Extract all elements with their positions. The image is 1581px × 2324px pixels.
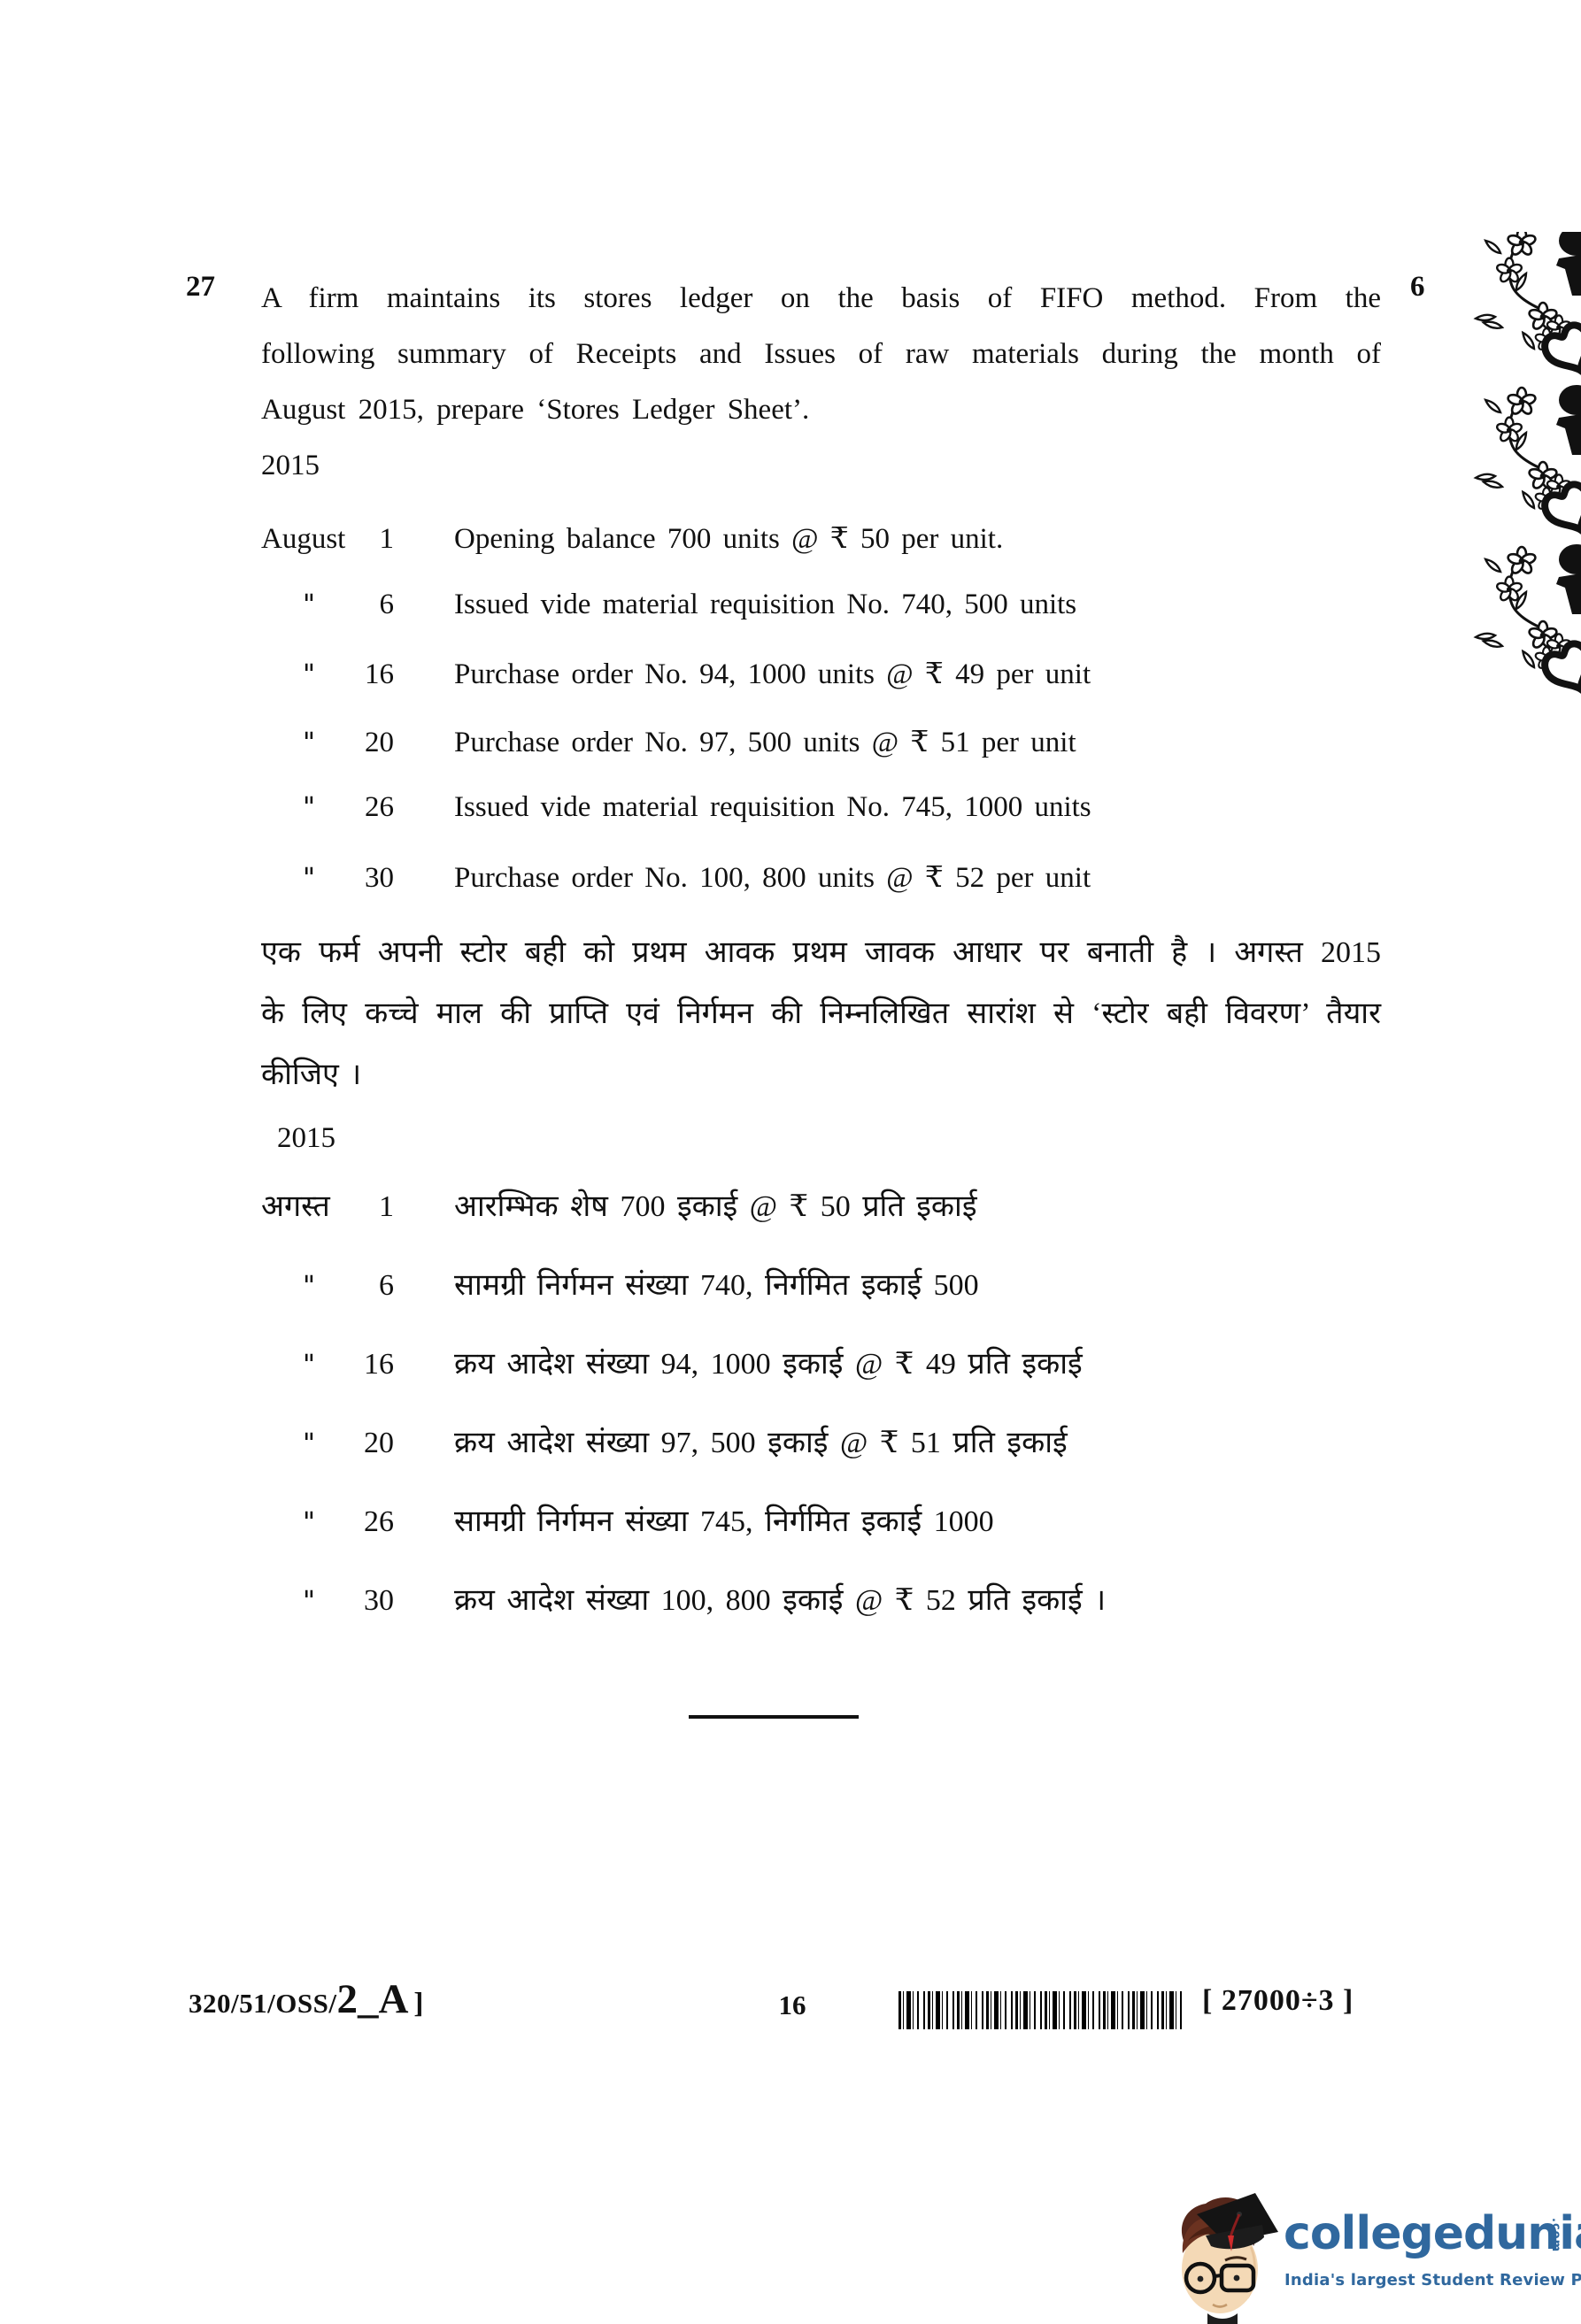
- entry-day: 26: [357, 1505, 394, 1539]
- question-line: के लिए कच्चे माल की प्राप्ति एवं निर्गमन…: [261, 983, 1381, 1044]
- entry-row: " 6 सामग्री निर्गमन संख्या 740, निर्गमित…: [261, 1263, 1403, 1342]
- entry-row: " 30 Purchase order No. 100, 800 units @…: [261, 859, 1403, 927]
- entry-description: Purchase order No. 94, 1000 units @ ₹ 49…: [394, 656, 1403, 691]
- entry-row: " 6 Issued vide material requisition No.…: [261, 589, 1403, 657]
- question-text-hindi: एक फर्म अपनी स्टोर बही को प्रथम आवक प्रथ…: [261, 922, 1381, 1105]
- entry-day: 20: [357, 1427, 394, 1460]
- entry-description: Purchase order No. 97, 500 units @ ₹ 51 …: [394, 724, 1403, 759]
- entry-description: क्रय आदेश संख्या 94, 1000 इकाई @ ₹ 49 प्…: [394, 1342, 1403, 1382]
- entry-ditto-mark: ": [261, 1271, 357, 1302]
- year-heading-hindi: 2015: [277, 1122, 335, 1155]
- question-line: A firm maintains its stores ledger on th…: [261, 271, 1381, 327]
- brand-name: collegedunia: [1284, 2211, 1581, 2257]
- entry-row: " 20 क्रय आदेश संख्या 97, 500 इकाई @ ₹ 5…: [261, 1420, 1403, 1499]
- question-number: 27: [186, 271, 215, 304]
- entry-day: 30: [357, 862, 394, 895]
- entry-row: August 1 Opening balance 700 units @ ₹ 5…: [261, 520, 1403, 589]
- entries-list-english: August 1 Opening balance 700 units @ ₹ 5…: [261, 520, 1403, 927]
- entry-description: Issued vide material requisition No. 745…: [394, 791, 1403, 824]
- paper-code-bracket: ]: [413, 1988, 423, 2020]
- entry-row: " 16 क्रय आदेश संख्या 94, 1000 इकाई @ ₹ …: [261, 1342, 1403, 1420]
- entry-month: अगस्त: [261, 1184, 357, 1225]
- question-line: एक फर्म अपनी स्टोर बही को प्रथम आवक प्रथ…: [261, 922, 1381, 983]
- entry-description: सामग्री निर्गमन संख्या 740, निर्गमित इका…: [394, 1263, 1403, 1304]
- entry-row: " 26 Issued vide material requisition No…: [261, 791, 1403, 859]
- entry-row: अगस्त 1 आरम्भिक शेष 700 इकाई @ ₹ 50 प्रत…: [261, 1184, 1403, 1263]
- collegedunia-logo: collegedunia .com India's largest Studen…: [1170, 2175, 1581, 2324]
- print-run-info: [ 27000÷3 ]: [1202, 1984, 1353, 2018]
- question-line: August 2015, prepare ‘Stores Ledger Shee…: [261, 382, 1381, 438]
- entry-row: " 26 सामग्री निर्गमन संख्या 745, निर्गमि…: [261, 1499, 1403, 1578]
- entry-day: 26: [357, 791, 394, 824]
- entry-row: " 20 Purchase order No. 97, 500 units @ …: [261, 724, 1403, 792]
- question-line: following summary of Receipts and Issues…: [261, 327, 1381, 382]
- entry-description: Purchase order No. 100, 800 units @ ₹ 52…: [394, 859, 1403, 895]
- floral-border-ornament: [1465, 232, 1581, 710]
- entry-description: Opening balance 700 units @ ₹ 50 per uni…: [394, 520, 1403, 556]
- entry-ditto-mark: ": [261, 1507, 357, 1538]
- entry-day: 30: [357, 1584, 394, 1618]
- entry-ditto-mark: ": [261, 659, 357, 690]
- entry-ditto-mark: ": [261, 792, 357, 823]
- year-heading-english: 2015: [261, 450, 320, 482]
- entry-day: 6: [357, 589, 394, 621]
- entry-ditto-mark: ": [261, 1586, 357, 1617]
- entry-month: August: [261, 523, 357, 556]
- page-number: 16: [761, 1989, 823, 2021]
- entry-ditto-mark: ": [261, 589, 357, 620]
- entry-ditto-mark: ": [261, 1428, 357, 1459]
- entry-row: " 16 Purchase order No. 94, 1000 units @…: [261, 656, 1403, 724]
- entry-ditto-mark: ": [261, 863, 357, 894]
- question-marks: 6: [1410, 271, 1425, 304]
- entry-day: 16: [357, 658, 394, 691]
- exam-paper-page: 27 6 A firm maintains its stores ledger …: [0, 0, 1581, 2324]
- paper-code: 320/51/OSS/2_A]: [189, 1975, 423, 2023]
- brand-tld: .com: [1549, 2218, 1562, 2252]
- entry-row: " 30 क्रय आदेश संख्या 100, 800 इकाई @ ₹ …: [261, 1578, 1403, 1657]
- entry-day: 16: [357, 1348, 394, 1381]
- entry-ditto-mark: ": [261, 1350, 357, 1381]
- entries-list-hindi: अगस्त 1 आरम्भिक शेष 700 इकाई @ ₹ 50 प्रत…: [261, 1184, 1403, 1657]
- entry-description: क्रय आदेश संख्या 100, 800 इकाई @ ₹ 52 प्…: [394, 1578, 1403, 1619]
- brand-tagline: India's largest Student Review Platform: [1284, 2271, 1581, 2289]
- question-text-english: A firm maintains its stores ledger on th…: [261, 271, 1381, 438]
- entry-day: 1: [357, 1190, 394, 1224]
- paper-code-suffix: 2_A: [336, 1976, 408, 2022]
- entry-day: 6: [357, 1269, 394, 1303]
- barcode: [898, 1991, 1184, 2029]
- entry-description: आरम्भिक शेष 700 इकाई @ ₹ 50 प्रति इकाई: [394, 1184, 1403, 1225]
- graduate-mascot-icon: [1170, 2184, 1281, 2324]
- entry-day: 20: [357, 727, 394, 759]
- entry-description: क्रय आदेश संख्या 97, 500 इकाई @ ₹ 51 प्र…: [394, 1420, 1403, 1461]
- entry-day: 1: [357, 523, 394, 556]
- question-line: कीजिए ।: [261, 1044, 1381, 1105]
- entry-description: Issued vide material requisition No. 740…: [394, 589, 1403, 621]
- paper-code-prefix: 320/51/OSS/: [189, 1988, 336, 2019]
- entry-description: सामग्री निर्गमन संख्या 745, निर्गमित इका…: [394, 1499, 1403, 1540]
- entry-ditto-mark: ": [261, 727, 357, 758]
- section-divider-line: [689, 1715, 859, 1719]
